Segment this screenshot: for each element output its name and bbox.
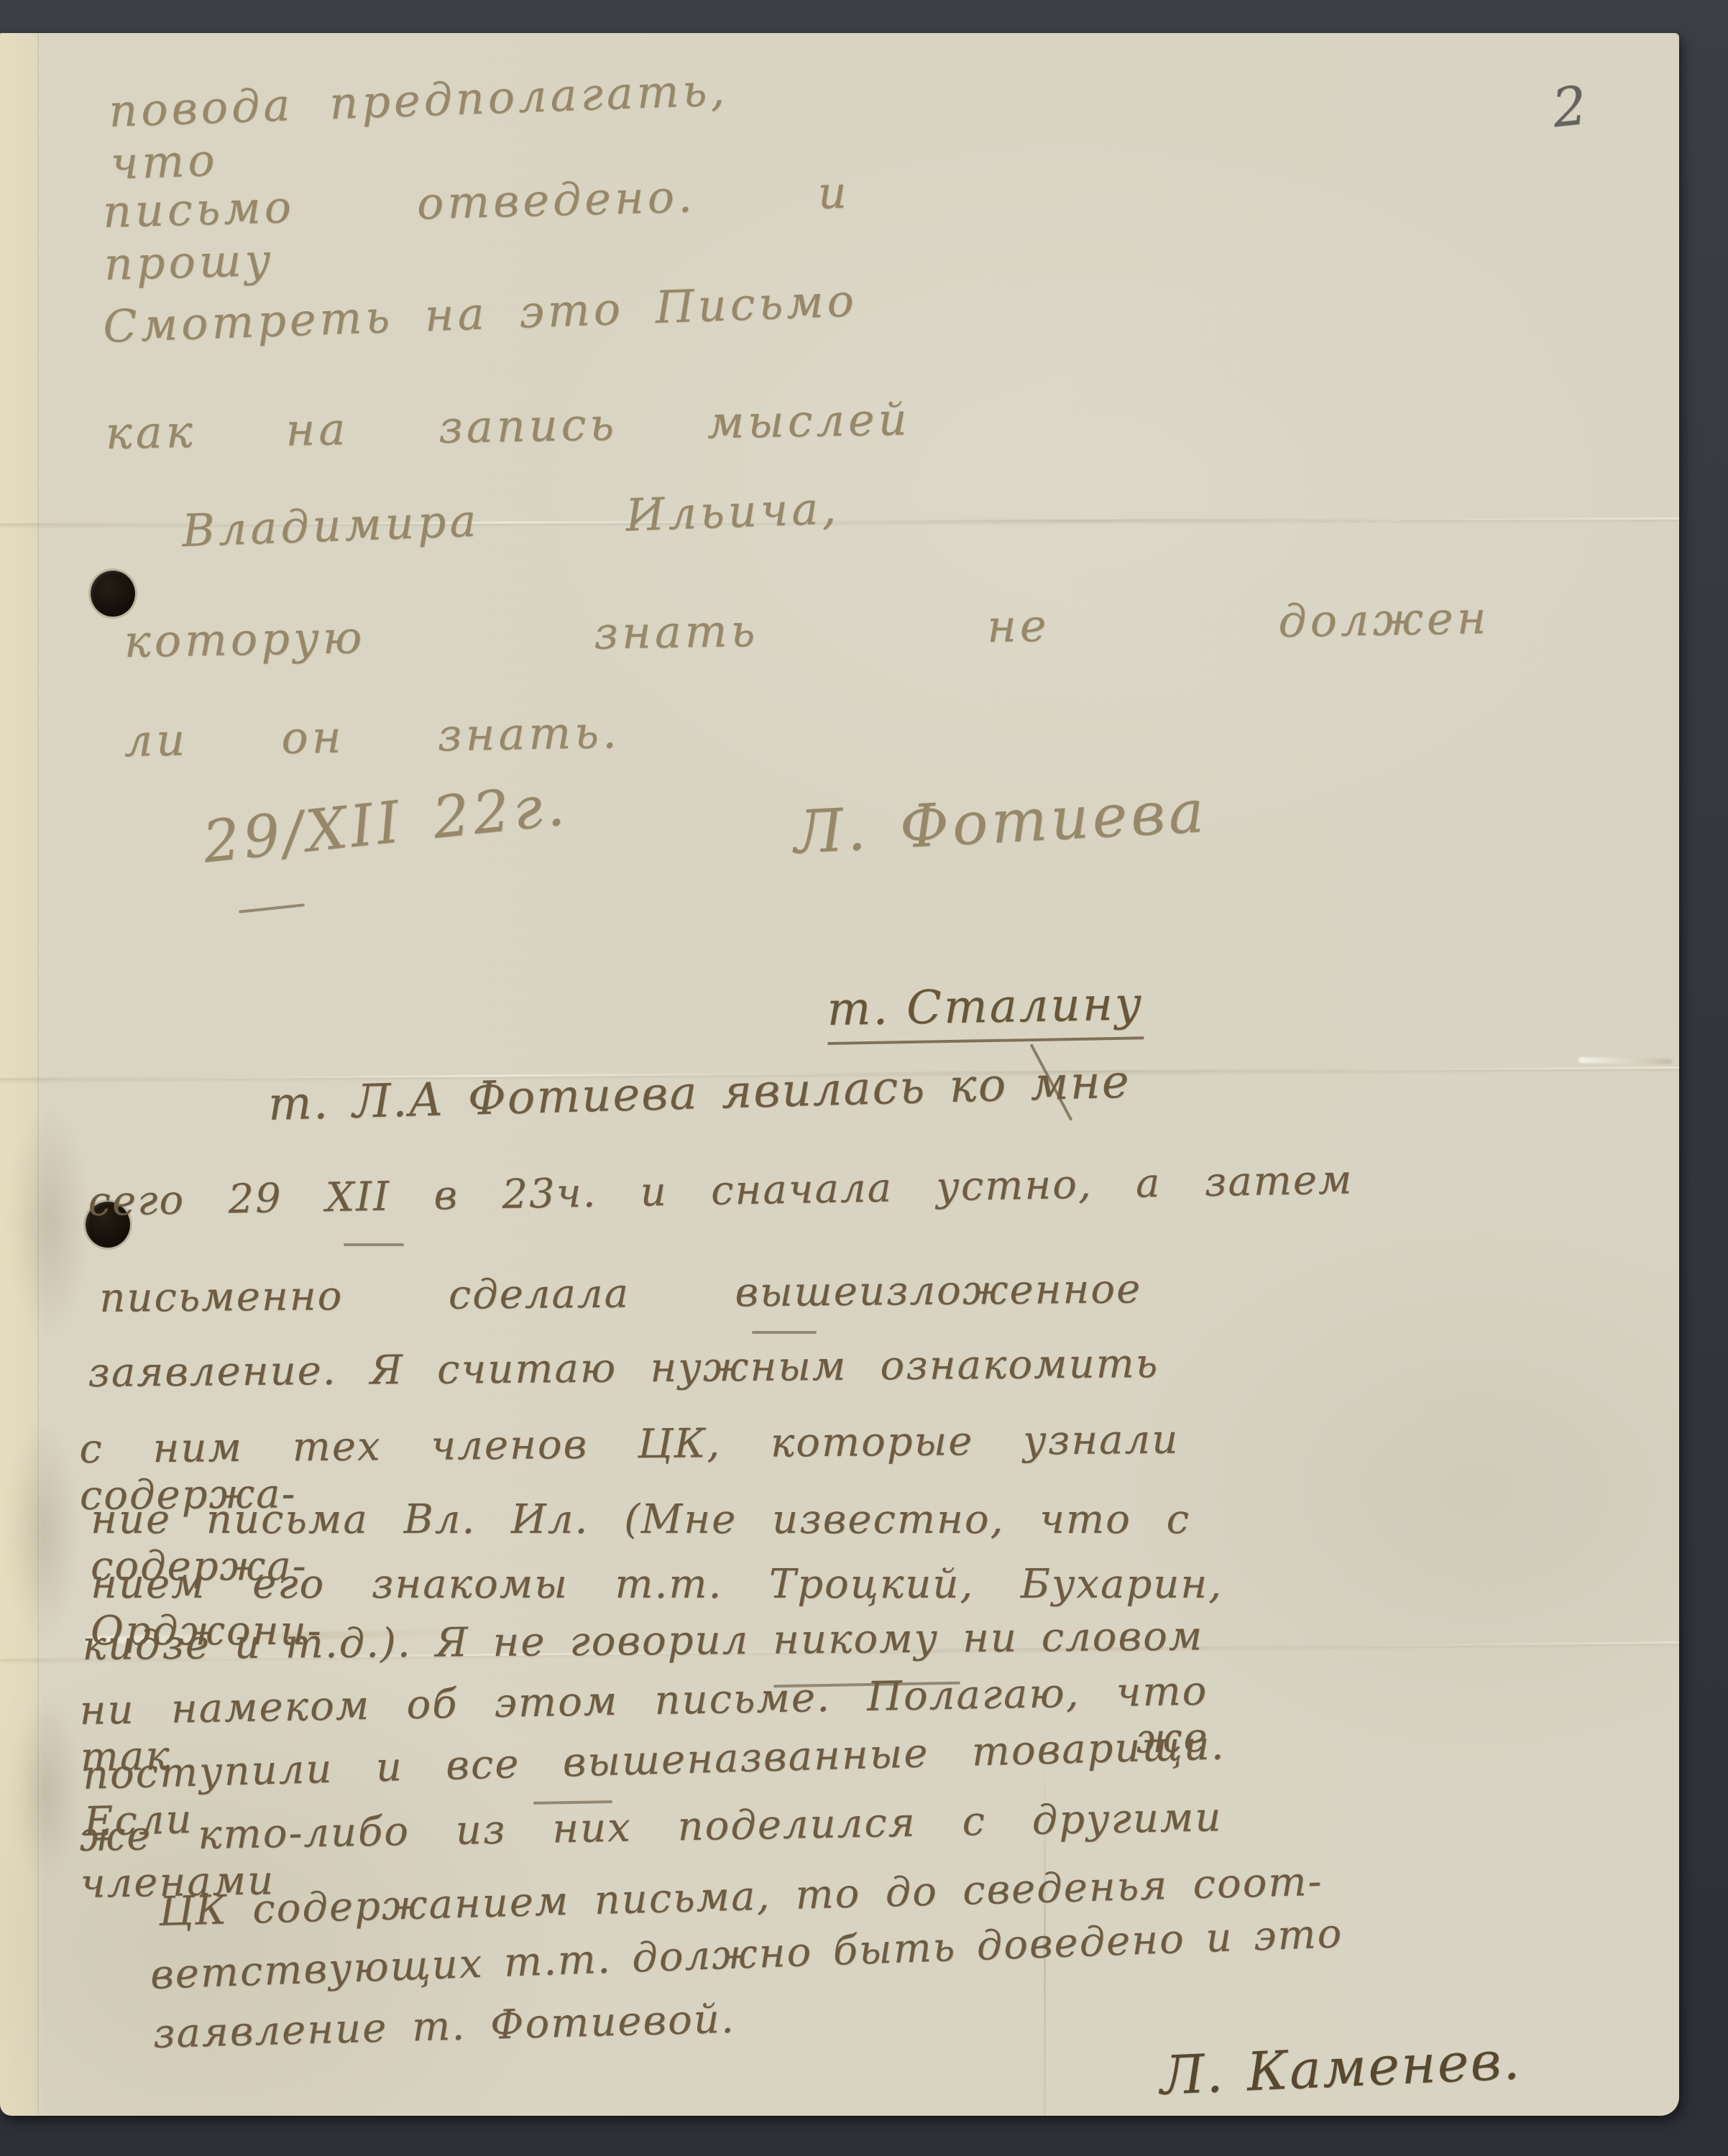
statement-line: ли он знать. — [124, 706, 620, 767]
note-heading: т. Сталину — [827, 977, 1144, 1045]
scanned-letter-page: { "page": { "number": "2" }, "colors": {… — [0, 0, 1728, 2156]
statement-line: письмо отведено. и прошу — [102, 166, 852, 290]
note-line: заявление. Я считаю нужным ознакомить — [88, 1340, 1159, 1396]
word-underline — [752, 1331, 817, 1334]
page-number: 2 — [1550, 75, 1590, 139]
note-line: письменно сделала вышеизложенное — [99, 1266, 1142, 1322]
ink-bleedthrough-mark — [10, 1107, 89, 1337]
note-line: кидзе и т.д.). Я не говорил никому ни сл… — [82, 1613, 1204, 1669]
punch-hole-top — [91, 571, 135, 617]
ink-bleedthrough-mark — [7, 1423, 79, 1639]
ink-bleedthrough-mark — [14, 1696, 79, 1883]
date-roman-numeral-underline — [344, 1243, 404, 1246]
